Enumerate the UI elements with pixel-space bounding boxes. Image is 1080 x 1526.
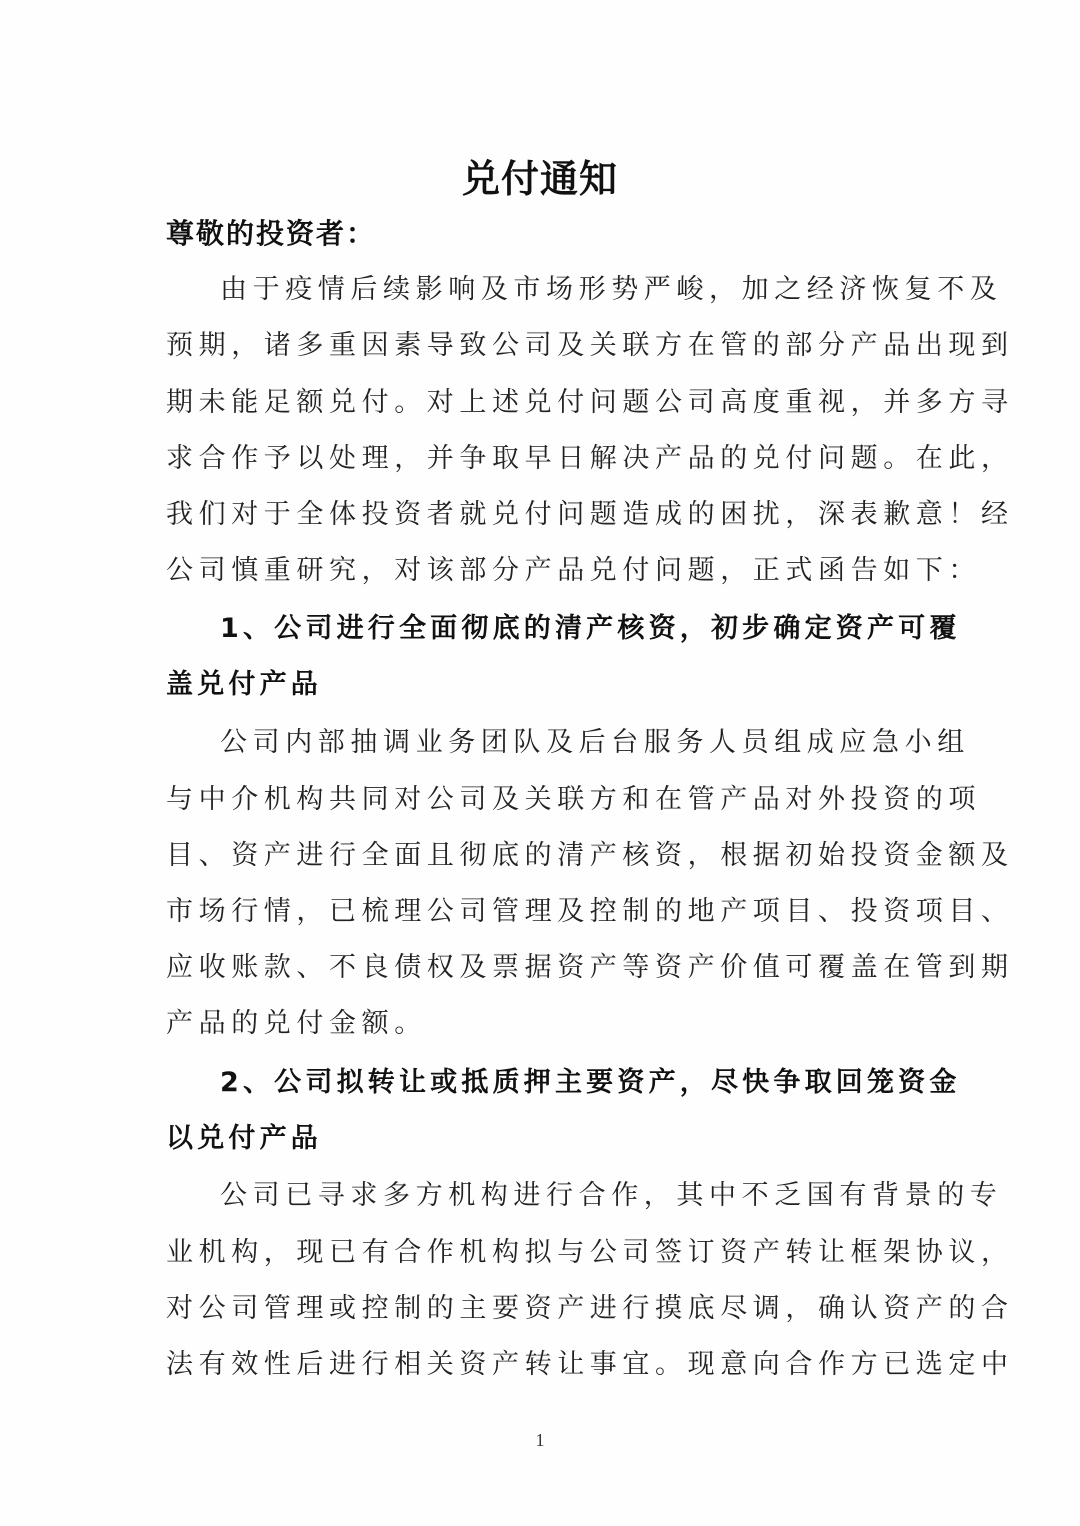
paragraph-line: 目、资产进行全面且彻底的清产核资，根据初始投资金额及	[166, 838, 926, 874]
paragraph-line: 产品的兑付金额。	[166, 1006, 926, 1042]
page-number: 1	[0, 1430, 1080, 1451]
paragraph-line: 法有效性后进行相关资产转让事宜。现意向合作方已选定中	[166, 1347, 926, 1383]
document-title: 兑付通知	[0, 148, 1080, 203]
section-2-heading: 2、公司拟转让或抵质押主要资产，尽快争取回笼资金	[220, 1065, 980, 1101]
paragraph-line: 对公司管理或控制的主要资产进行摸底尽调，确认资产的合	[166, 1291, 926, 1327]
paragraph-line: 市场行情，已梳理公司管理及控制的地产项目、投资项目、	[166, 894, 926, 930]
paragraph-line: 公司慎重研究，对该部分产品兑付问题，正式函告如下：	[166, 553, 926, 589]
paragraph-line: 公司已寻求多方机构进行合作，其中不乏国有背景的专	[220, 1178, 980, 1214]
section-1-heading: 盖兑付产品	[166, 667, 926, 703]
paragraph-line: 由于疫情后续影响及市场形势严峻，加之经济恢复不及	[220, 272, 980, 308]
paragraph-line: 应收账款、不良债权及票据资产等资产价值可覆盖在管到期	[166, 950, 926, 986]
paragraph-line: 期未能足额兑付。对上述兑付问题公司高度重视，并多方寻	[166, 385, 926, 421]
paragraph-line: 预期，诸多重因素导致公司及关联方在管的部分产品出现到	[166, 328, 926, 364]
paragraph-line: 公司内部抽调业务团队及后台服务人员组成应急小组	[220, 725, 980, 761]
paragraph-line: 业机构，现已有合作机构拟与公司签订资产转让框架协议，	[166, 1235, 926, 1271]
paragraph-line: 与中介机构共同对公司及关联方和在管产品对外投资的项	[166, 782, 926, 818]
document-page: 兑付通知 尊敬的投资者： 由于疫情后续影响及市场形势严峻，加之经济恢复不及 预期…	[0, 0, 1080, 1526]
paragraph-line: 我们对于全体投资者就兑付问题造成的困扰，深表歉意！经	[166, 497, 926, 533]
section-1-heading: 1、公司进行全面彻底的清产核资，初步确定资产可覆	[220, 611, 980, 647]
paragraph-line: 求合作予以处理，并争取早日解决产品的兑付问题。在此，	[166, 441, 926, 477]
salutation: 尊敬的投资者：	[166, 212, 376, 252]
section-2-heading: 以兑付产品	[166, 1121, 926, 1157]
